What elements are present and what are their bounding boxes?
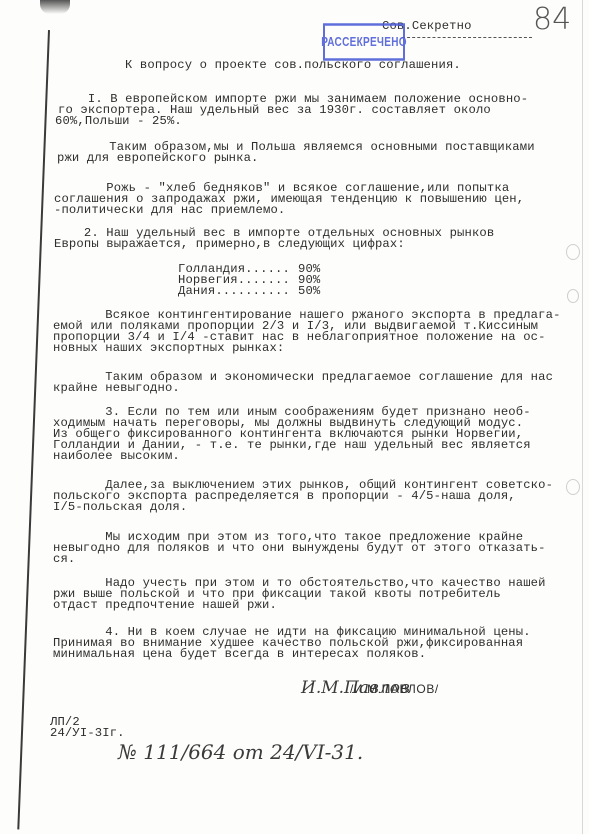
page-edge [582,0,583,834]
text-line: Европы выражается, примерно,в следующих … [54,239,405,251]
binding-edge-line [17,30,50,829]
reference-date: 24/УI-3Iг. [50,728,125,740]
text-line: ся. [53,554,75,566]
text-line: I/5-польская доля. [53,502,187,514]
typed-signature: /И.М.ПАВЛОВ/ [350,684,439,696]
declassified-stamp: РАССЕКРЕЧЕНО [323,23,405,61]
binding-shadow [40,0,70,14]
document-title: К вопросу о проекте сов.польского соглаш… [125,60,461,72]
page-number: 84 [533,2,571,37]
market-share-country: Дания.......... [178,286,290,298]
text-line: наиболее высоким. [53,451,180,463]
text-line: крайне невыгодно. [53,383,180,395]
registration-number: № 111/664 от 24/VI-31. [118,740,363,764]
classification-underline [402,37,532,38]
text-line: невыгодно для поляков и что они вынужден… [53,543,546,555]
text-line: минимальная цена будет всегда в интереса… [53,649,426,661]
paper-mark [567,289,579,303]
text-line: ржи для европейского рынка. [57,153,259,165]
text-line: отдаст предпочтение нашей ржи. [53,600,277,612]
paper-mark [566,479,580,495]
text-line: новных наших экспортных рынках: [53,343,284,355]
text-line: -политически для нас приемлемо. [54,205,285,217]
paper-mark [566,244,580,260]
market-share-value: 50% [298,286,320,298]
document-page: 84 Сов.Секретно РАССЕКРЕЧЕНО К вопросу о… [0,0,589,834]
text-line: 60%,Польши - 25%. [55,116,182,128]
